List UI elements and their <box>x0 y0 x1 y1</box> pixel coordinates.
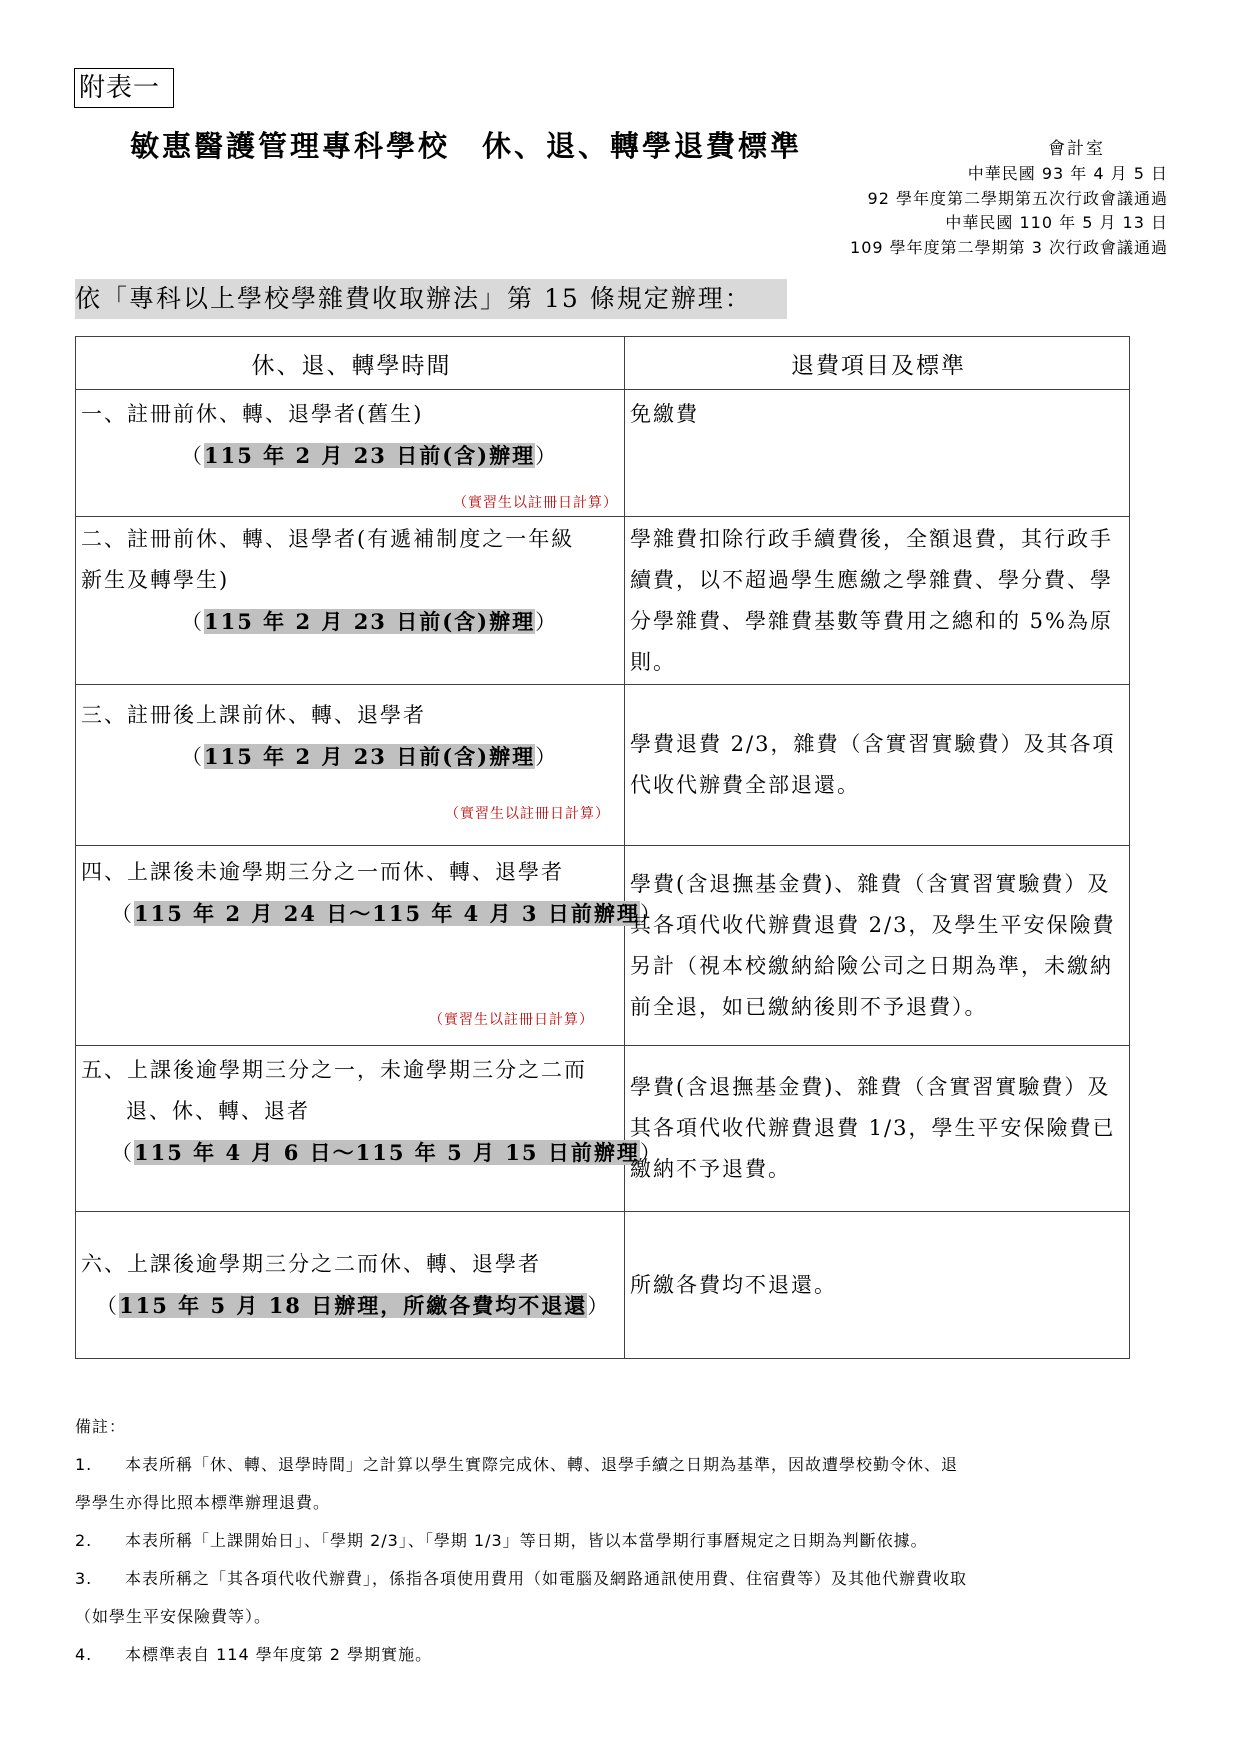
header-time: 休、退、轉學時間 <box>76 337 625 390</box>
time-cell: 五、上課後逾學期三分之一，未逾學期三分之二而 退、休、轉、退者 （115 年 4… <box>76 1046 625 1212</box>
date-line: （115 年 2 月 24 日～115 年 4 月 3 日前辦理） <box>81 893 622 935</box>
standard-cell: 學費退費 2/3，雜費（含實習實驗費）及其各項代收代辦費全部退還。 <box>625 685 1130 846</box>
remarks-section: 備註： 1.本表所稱「休、轉、退學時間」之計算以學生實際完成休、轉、退學手續之日… <box>75 1408 1175 1674</box>
time-line: 五、上課後逾學期三分之一，未逾學期三分之二而 <box>81 1046 622 1091</box>
time-cell: 四、上課後未逾學期三分之一而休、轉、退學者 （115 年 2 月 24 日～11… <box>76 846 625 1046</box>
time-cell: 三、註冊後上課前休、轉、退學者 （115 年 2 月 23 日前(含)辦理） （… <box>76 685 625 846</box>
date-line: （115 年 4 月 6 日～115 年 5 月 15 日前辦理） <box>81 1132 622 1174</box>
paren-open: （ <box>181 610 204 634</box>
time-line: 六、上課後逾學期三分之二而休、轉、退學者 <box>81 1244 622 1285</box>
table-header-row: 休、退、轉學時間 退費項目及標準 <box>76 337 1130 390</box>
highlighted-date: 115 年 5 月 18 日辦理，所繳各費均不退還 <box>119 1293 587 1318</box>
approval-line: 中華民國 93 年 4 月 5 日 <box>850 162 1168 187</box>
paren-close: ） <box>535 610 558 634</box>
highlighted-date: 115 年 2 月 23 日前(含)辦理 <box>204 609 535 634</box>
paren-close: ） <box>535 745 558 769</box>
standard-text: 學雜費扣除行政手續費後，全額退費，其行政手續費，以不超過學生應繳之學雜費、學分費… <box>630 517 1127 683</box>
time-line: 二、註冊前休、轉、退學者(有遞補制度之一年級 <box>81 517 622 560</box>
paren-open: （ <box>111 1141 134 1165</box>
standard-text: 所繳各費均不退還。 <box>630 1265 1127 1306</box>
remark-item: 1.本表所稱「休、轉、退學時間」之計算以學生實際完成休、轉、退學手續之日期為基準… <box>75 1446 1175 1484</box>
table-row: 五、上課後逾學期三分之一，未逾學期三分之二而 退、休、轉、退者 （115 年 4… <box>76 1046 1130 1212</box>
header-standard: 退費項目及標準 <box>625 337 1130 390</box>
paren-close: ） <box>587 1294 610 1318</box>
approval-history: 中華民國 93 年 4 月 5 日 92 學年度第二學期第五次行政會議通過 中華… <box>850 162 1168 260</box>
date-line: （115 年 2 月 23 日前(含)辦理） <box>81 435 622 477</box>
standard-cell: 學費(含退撫基金費)、雜費（含實習實驗費）及其各項代收代辦費退費 2/3，及學生… <box>625 846 1130 1046</box>
table-row: 一、註冊前休、轉、退學者(舊生) （115 年 2 月 23 日前(含)辦理） … <box>76 390 1130 517</box>
time-line: 四、上課後未逾學期三分之一而休、轉、退學者 <box>81 846 622 893</box>
approval-line: 109 學年度第二學期第 3 次行政會議通過 <box>850 236 1168 261</box>
remark-text: 本表所稱之「其各項代收代辦費」，係指各項使用費用（如電腦及網路通訊使用費、住宿費… <box>125 1569 967 1588</box>
intern-note: （實習生以註冊日計算） <box>453 492 618 512</box>
time-line: 退、休、轉、退者 <box>81 1091 622 1132</box>
standard-cell: 所繳各費均不退還。 <box>625 1212 1130 1359</box>
standard-cell: 學雜費扣除行政手續費後，全額退費，其行政手續費，以不超過學生應繳之學雜費、學分費… <box>625 517 1130 685</box>
remark-item: 2.本表所稱「上課開始日」、「學期 2/3」、「學期 1/3」等日期，皆以本當學… <box>75 1522 1175 1560</box>
intern-note: （實習生以註冊日計算） <box>445 803 610 823</box>
paren-close: ） <box>535 444 558 468</box>
remark-text: 本標準表自 114 學年度第 2 學期實施。 <box>125 1645 432 1664</box>
highlighted-date: 115 年 4 月 6 日～115 年 5 月 15 日前辦理 <box>134 1140 640 1165</box>
table-row: 四、上課後未逾學期三分之一而休、轉、退學者 （115 年 2 月 24 日～11… <box>76 846 1130 1046</box>
approval-line: 92 學年度第二學期第五次行政會議通過 <box>850 187 1168 212</box>
intern-note: （實習生以註冊日計算） <box>429 1009 594 1029</box>
highlighted-date: 115 年 2 月 23 日前(含)辦理 <box>204 443 535 468</box>
time-cell: 二、註冊前休、轉、退學者(有遞補制度之一年級 新生及轉學生) （115 年 2 … <box>76 517 625 685</box>
legal-basis: 依「專科以上學校學雜費收取辦法」第 15 條規定辦理： <box>75 279 787 319</box>
document-title: 敏惠醫護管理專科學校 休、退、轉學退費標準 <box>130 124 802 165</box>
office-label: 會計室 <box>1048 134 1105 159</box>
paren-open: （ <box>111 902 134 926</box>
remark-number: 1. <box>75 1446 125 1484</box>
refund-standard-table: 休、退、轉學時間 退費項目及標準 一、註冊前休、轉、退學者(舊生) （115 年… <box>75 336 1130 1359</box>
remark-text: 本表所稱「休、轉、退學時間」之計算以學生實際完成休、轉、退學手續之日期為基準，因… <box>125 1455 958 1474</box>
time-line: 新生及轉學生) <box>81 560 622 601</box>
time-line: 一、註冊前休、轉、退學者(舊生) <box>81 390 622 435</box>
approval-line: 中華民國 110 年 5 月 13 日 <box>850 211 1168 236</box>
time-cell: 一、註冊前休、轉、退學者(舊生) （115 年 2 月 23 日前(含)辦理） … <box>76 390 625 517</box>
remark-number: 3. <box>75 1560 125 1598</box>
remark-item: 3.本表所稱之「其各項代收代辦費」，係指各項使用費用（如電腦及網路通訊使用費、住… <box>75 1560 1175 1598</box>
time-cell: 六、上課後逾學期三分之二而休、轉、退學者 （115 年 5 月 18 日辦理，所… <box>76 1212 625 1359</box>
attachment-tag: 附表一 <box>74 68 174 108</box>
remark-text: 本表所稱「上課開始日」、「學期 2/3」、「學期 1/3」等日期，皆以本當學期行… <box>125 1531 928 1550</box>
standard-text: 免繳費 <box>630 390 1127 435</box>
standard-cell: 免繳費 <box>625 390 1130 517</box>
remark-number: 2. <box>75 1522 125 1560</box>
remark-continuation: 學學生亦得比照本標準辦理退費。 <box>75 1484 1175 1522</box>
time-line: 三、註冊後上課前休、轉、退學者 <box>81 685 622 736</box>
highlighted-date: 115 年 2 月 23 日前(含)辦理 <box>204 744 535 769</box>
date-line: （115 年 2 月 23 日前(含)辦理） <box>81 601 622 643</box>
table-row: 二、註冊前休、轉、退學者(有遞補制度之一年級 新生及轉學生) （115 年 2 … <box>76 517 1130 685</box>
standard-text: 學費退費 2/3，雜費（含實習實驗費）及其各項代收代辦費全部退還。 <box>630 724 1127 806</box>
paren-open: （ <box>181 745 204 769</box>
standard-cell: 學費(含退撫基金費)、雜費（含實習實驗費）及其各項代收代辦費退費 1/3，學生平… <box>625 1046 1130 1212</box>
standard-text: 學費(含退撫基金費)、雜費（含實習實驗費）及其各項代收代辦費退費 1/3，學生平… <box>630 1067 1127 1190</box>
remarks-heading: 備註： <box>75 1408 1175 1446</box>
paren-open: （ <box>181 444 204 468</box>
table-row: 六、上課後逾學期三分之二而休、轉、退學者 （115 年 5 月 18 日辦理，所… <box>76 1212 1130 1359</box>
highlighted-date: 115 年 2 月 24 日～115 年 4 月 3 日前辦理 <box>134 901 640 926</box>
remark-item: 4.本標準表自 114 學年度第 2 學期實施。 <box>75 1636 1175 1674</box>
date-line: （115 年 2 月 23 日前(含)辦理） <box>81 736 622 778</box>
remark-continuation: （如學生平安保險費等）。 <box>75 1598 1175 1636</box>
paren-open: （ <box>96 1294 119 1318</box>
date-line: （115 年 5 月 18 日辦理，所繳各費均不退還） <box>81 1285 622 1327</box>
remark-number: 4. <box>75 1636 125 1674</box>
table-row: 三、註冊後上課前休、轉、退學者 （115 年 2 月 23 日前(含)辦理） （… <box>76 685 1130 846</box>
standard-text: 學費(含退撫基金費)、雜費（含實習實驗費）及其各項代收代辦費退費 2/3，及學生… <box>630 864 1127 1028</box>
